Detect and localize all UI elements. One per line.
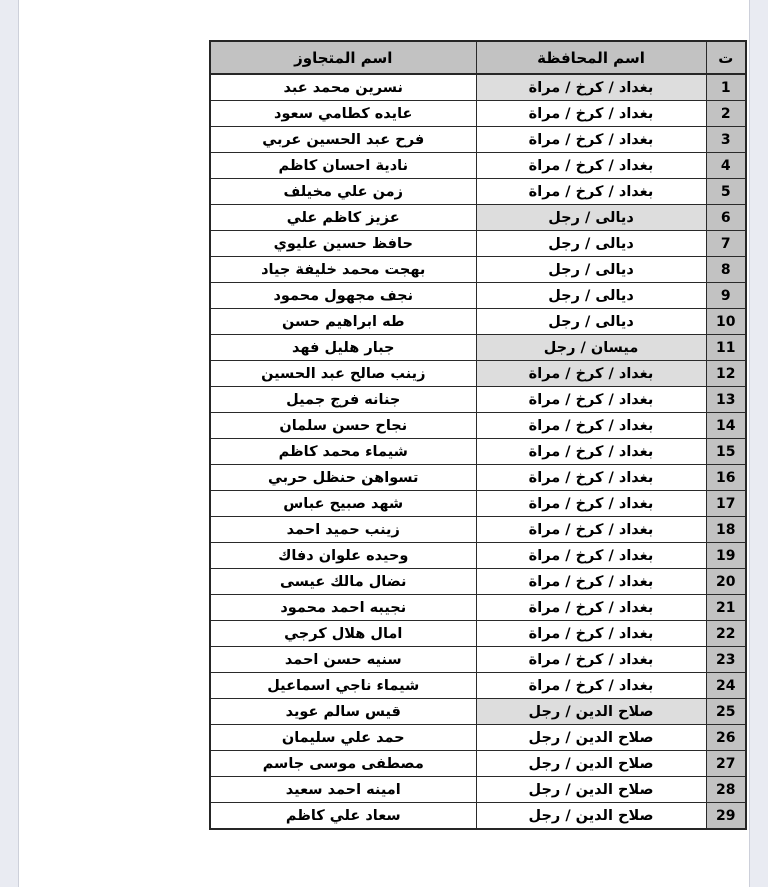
governorate-cell: بغداد / كرخ / مراة — [476, 543, 706, 569]
violator-name-cell: امال هلال كرجي — [210, 621, 476, 647]
table-row: 27صلاح الدين / رجلمصطفى موسى جاسم — [210, 751, 746, 777]
row-index-cell: 26 — [706, 725, 746, 751]
row-index-cell: 15 — [706, 439, 746, 465]
row-index-cell: 11 — [706, 335, 746, 361]
table-row: 17بغداد / كرخ / مراةشهد صبيح عباس — [210, 491, 746, 517]
table-row: 10ديالى / رجلطه ابراهيم حسن — [210, 309, 746, 335]
row-index-cell: 13 — [706, 387, 746, 413]
governorate-cell: بغداد / كرخ / مراة — [476, 361, 706, 387]
header-violator-name: اسم المتجاوز — [210, 41, 476, 74]
violator-name-cell: وحيده علوان دفاك — [210, 543, 476, 569]
row-index-cell: 2 — [706, 101, 746, 127]
violator-name-cell: عايده كطامي سعود — [210, 101, 476, 127]
violator-name-cell: سعاد علي كاظم — [210, 803, 476, 830]
row-index-cell: 4 — [706, 153, 746, 179]
governorate-cell: بغداد / كرخ / مراة — [476, 491, 706, 517]
table-row: 20بغداد / كرخ / مراةنضال مالك عيسى — [210, 569, 746, 595]
table-row: 22بغداد / كرخ / مراةامال هلال كرجي — [210, 621, 746, 647]
governorate-cell: بغداد / كرخ / مراة — [476, 179, 706, 205]
row-index-cell: 28 — [706, 777, 746, 803]
violator-name-cell: شيماء محمد كاظم — [210, 439, 476, 465]
violator-name-cell: جنانه فرج جميل — [210, 387, 476, 413]
row-index-cell: 9 — [706, 283, 746, 309]
table-row: 1بغداد / كرخ / مراةنسرين محمد عبد — [210, 74, 746, 101]
row-index-cell: 24 — [706, 673, 746, 699]
governorate-cell: بغداد / كرخ / مراة — [476, 101, 706, 127]
governorate-cell: ديالى / رجل — [476, 231, 706, 257]
row-index-cell: 25 — [706, 699, 746, 725]
violator-name-cell: بهجت محمد خليفة جياد — [210, 257, 476, 283]
table-row: 23بغداد / كرخ / مراةسنيه حسن احمد — [210, 647, 746, 673]
violator-name-cell: نجاح حسن سلمان — [210, 413, 476, 439]
table-row: 15بغداد / كرخ / مراةشيماء محمد كاظم — [210, 439, 746, 465]
row-index-cell: 3 — [706, 127, 746, 153]
row-index-cell: 17 — [706, 491, 746, 517]
governorate-cell: بغداد / كرخ / مراة — [476, 74, 706, 101]
governorate-cell: بغداد / كرخ / مراة — [476, 621, 706, 647]
governorate-cell: ميسان / رجل — [476, 335, 706, 361]
row-index-cell: 22 — [706, 621, 746, 647]
table-row: 14بغداد / كرخ / مراةنجاح حسن سلمان — [210, 413, 746, 439]
table-row: 13بغداد / كرخ / مراةجنانه فرج جميل — [210, 387, 746, 413]
violator-name-cell: زينب حميد احمد — [210, 517, 476, 543]
table-row: 3بغداد / كرخ / مراةفرح عبد الحسين عربي — [210, 127, 746, 153]
table-row: 24بغداد / كرخ / مراةشيماء ناجي اسماعيل — [210, 673, 746, 699]
row-index-cell: 29 — [706, 803, 746, 830]
table-row: 9ديالى / رجلنجف مجهول محمود — [210, 283, 746, 309]
row-index-cell: 21 — [706, 595, 746, 621]
governorate-cell: بغداد / كرخ / مراة — [476, 465, 706, 491]
governorate-cell: صلاح الدين / رجل — [476, 751, 706, 777]
violator-name-cell: زمن علي مخيلف — [210, 179, 476, 205]
governorate-cell: بغداد / كرخ / مراة — [476, 127, 706, 153]
governorate-cell: بغداد / كرخ / مراة — [476, 413, 706, 439]
row-index-cell: 10 — [706, 309, 746, 335]
row-index-cell: 1 — [706, 74, 746, 101]
table-body: 1بغداد / كرخ / مراةنسرين محمد عبد2بغداد … — [210, 74, 746, 829]
violator-name-cell: نجيبه احمد محمود — [210, 595, 476, 621]
violator-name-cell: نسرين محمد عبد — [210, 74, 476, 101]
violator-name-cell: تسواهن حنظل حربي — [210, 465, 476, 491]
table-row: 16بغداد / كرخ / مراةتسواهن حنظل حربي — [210, 465, 746, 491]
governorate-cell: بغداد / كرخ / مراة — [476, 517, 706, 543]
governorate-cell: صلاح الدين / رجل — [476, 803, 706, 830]
table-row: 12بغداد / كرخ / مراةزينب صالح عبد الحسين — [210, 361, 746, 387]
governorate-cell: صلاح الدين / رجل — [476, 699, 706, 725]
violator-name-cell: نجف مجهول محمود — [210, 283, 476, 309]
row-index-cell: 20 — [706, 569, 746, 595]
governorate-cell: بغداد / كرخ / مراة — [476, 569, 706, 595]
governorate-cell: صلاح الدين / رجل — [476, 777, 706, 803]
violator-name-cell: نادية احسان كاظم — [210, 153, 476, 179]
table-row: 19بغداد / كرخ / مراةوحيده علوان دفاك — [210, 543, 746, 569]
table-row: 7ديالى / رجلحافظ حسين عليوي — [210, 231, 746, 257]
governorate-cell: بغداد / كرخ / مراة — [476, 153, 706, 179]
table-row: 4بغداد / كرخ / مراةنادية احسان كاظم — [210, 153, 746, 179]
governorate-cell: ديالى / رجل — [476, 309, 706, 335]
row-index-cell: 5 — [706, 179, 746, 205]
governorate-cell: بغداد / كرخ / مراة — [476, 387, 706, 413]
governorate-cell: ديالى / رجل — [476, 257, 706, 283]
violator-name-cell: شيماء ناجي اسماعيل — [210, 673, 476, 699]
violator-name-cell: قيس سالم عويد — [210, 699, 476, 725]
table-row: 21بغداد / كرخ / مراةنجيبه احمد محمود — [210, 595, 746, 621]
violator-name-cell: سنيه حسن احمد — [210, 647, 476, 673]
violator-name-cell: فرح عبد الحسين عربي — [210, 127, 476, 153]
governorate-cell: ديالى / رجل — [476, 283, 706, 309]
governorate-cell: بغداد / كرخ / مراة — [476, 673, 706, 699]
governorate-cell: بغداد / كرخ / مراة — [476, 647, 706, 673]
row-index-cell: 12 — [706, 361, 746, 387]
violator-name-cell: عزيز كاظم علي — [210, 205, 476, 231]
table-row: 26صلاح الدين / رجلحمد علي سليمان — [210, 725, 746, 751]
violator-name-cell: مصطفى موسى جاسم — [210, 751, 476, 777]
row-index-cell: 19 — [706, 543, 746, 569]
table-row: 2بغداد / كرخ / مراةعايده كطامي سعود — [210, 101, 746, 127]
violator-name-cell: حمد علي سليمان — [210, 725, 476, 751]
violator-name-cell: نضال مالك عيسى — [210, 569, 476, 595]
row-index-cell: 8 — [706, 257, 746, 283]
table-row: 28صلاح الدين / رجلامينه احمد سعيد — [210, 777, 746, 803]
row-index-cell: 16 — [706, 465, 746, 491]
violators-table: ت اسم المحافظة اسم المتجاوز 1بغداد / كرخ… — [209, 40, 747, 830]
violator-name-cell: شهد صبيح عباس — [210, 491, 476, 517]
table-row: 25صلاح الدين / رجلقيس سالم عويد — [210, 699, 746, 725]
governorate-cell: ديالى / رجل — [476, 205, 706, 231]
table-row: 29صلاح الدين / رجلسعاد علي كاظم — [210, 803, 746, 830]
governorate-cell: بغداد / كرخ / مراة — [476, 439, 706, 465]
row-index-cell: 27 — [706, 751, 746, 777]
table-row: 5بغداد / كرخ / مراةزمن علي مخيلف — [210, 179, 746, 205]
governorate-cell: صلاح الدين / رجل — [476, 725, 706, 751]
violator-name-cell: امينه احمد سعيد — [210, 777, 476, 803]
page-right-edge-band — [749, 0, 768, 887]
table-row: 18بغداد / كرخ / مراةزينب حميد احمد — [210, 517, 746, 543]
row-index-cell: 18 — [706, 517, 746, 543]
page-left-edge-band — [0, 0, 19, 887]
row-index-cell: 6 — [706, 205, 746, 231]
violator-name-cell: جبار هليل فهد — [210, 335, 476, 361]
row-index-cell: 23 — [706, 647, 746, 673]
header-governorate: اسم المحافظة — [476, 41, 706, 74]
table-row: 11ميسان / رجلجبار هليل فهد — [210, 335, 746, 361]
table-row: 6ديالى / رجلعزيز كاظم علي — [210, 205, 746, 231]
violator-name-cell: زينب صالح عبد الحسين — [210, 361, 476, 387]
violator-name-cell: طه ابراهيم حسن — [210, 309, 476, 335]
row-index-cell: 14 — [706, 413, 746, 439]
table-header-row: ت اسم المحافظة اسم المتجاوز — [210, 41, 746, 74]
row-index-cell: 7 — [706, 231, 746, 257]
governorate-cell: بغداد / كرخ / مراة — [476, 595, 706, 621]
header-index: ت — [706, 41, 746, 74]
violator-name-cell: حافظ حسين عليوي — [210, 231, 476, 257]
table-row: 8ديالى / رجلبهجت محمد خليفة جياد — [210, 257, 746, 283]
